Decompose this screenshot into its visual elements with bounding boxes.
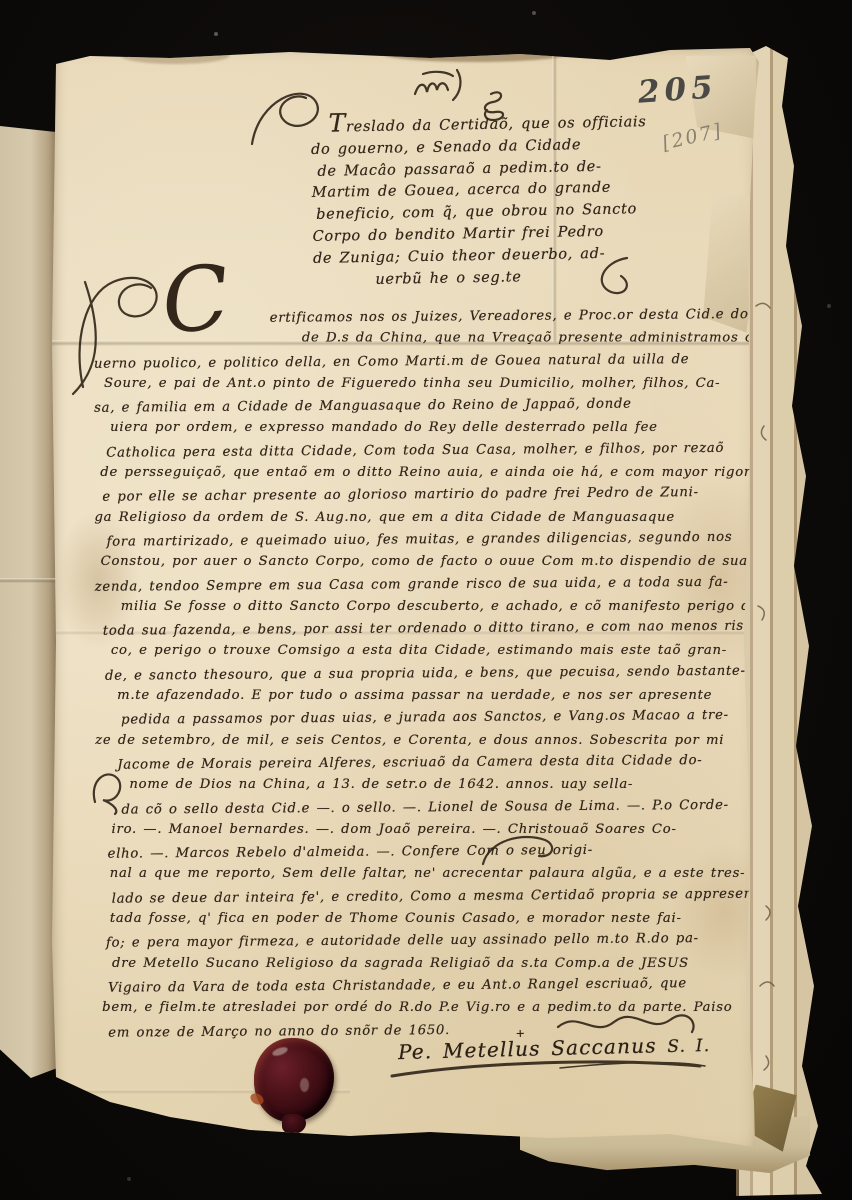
manuscript-line: de D.s da China, que na Vreaçaõ presente…	[302, 328, 795, 350]
flourish-tilde	[423, 70, 460, 100]
header-line: uerbũ he o seg.te	[375, 265, 649, 292]
signature-underline	[392, 1062, 700, 1076]
manuscript-line: da cõ o sello desta Cid.e —. o sello. —.…	[121, 794, 796, 822]
photo-backdrop: 205 [207] Treslado da Certidaõ, que os o…	[0, 0, 852, 1200]
manuscript-line: dre Metello Sucano Religioso da sagrada …	[112, 953, 797, 975]
signature-underline-thin	[560, 1062, 705, 1068]
body-text-block: ertificamos nos os Juizes, Vereadores, e…	[94, 305, 798, 1043]
folio-number-pencil: [207]	[660, 119, 724, 154]
left-page-edge	[0, 126, 56, 1078]
manuscript-line: uerno puolico, e politico della, en Como…	[94, 348, 795, 376]
signature-suffix: S. I.	[667, 1036, 710, 1057]
manuscript-line: Jacome de Morais pereira Alferes, escriu…	[117, 749, 796, 777]
seal-highlight	[300, 1078, 309, 1092]
manuscript-line: ertificamos nos os Juizes, Vereadores, e…	[270, 304, 795, 330]
seal-speck	[248, 1091, 265, 1107]
manuscript-line: nome de Dios na China, a 13. de setr.o d…	[129, 774, 796, 796]
manuscript-line: fora martirizado, e queimado uiuo, fes m…	[106, 526, 795, 554]
manuscript-line: de persseguiçaõ, que entaõ em o ditto Re…	[100, 462, 795, 484]
manuscript-line: uiera por ordem, e expresso mandado do R…	[110, 417, 795, 439]
deckle-stain	[120, 46, 230, 64]
manuscript-line: fo; e pera mayor firmeza, e autoridade d…	[106, 928, 797, 956]
manuscript-line: ze de setembro, de mil, e seis Centos, e…	[95, 730, 796, 752]
ink-fragments	[736, 46, 836, 1196]
folio-number-ink: 205	[637, 69, 719, 110]
seal-highlight	[271, 1045, 288, 1057]
right-page-stack	[736, 46, 836, 1196]
manuscript-line: pedida a passamos por duas uias, e jurad…	[121, 705, 796, 733]
signature-cross: +	[515, 1027, 526, 1040]
manuscript-line: bem, e fielm.te atresladei por ordé do R…	[102, 997, 797, 1019]
dust-specks	[0, 0, 2, 2]
deckle-stain	[380, 44, 570, 62]
manuscript-line: co, e perigo o trouxe Comsigo a esta dit…	[111, 640, 796, 662]
seal-drip	[282, 1114, 306, 1134]
manuscript-line: Soure, e pai de Ant.o pinto de Figueredo…	[104, 373, 795, 395]
crease-line	[0, 578, 56, 583]
manuscript-line: iro. —. Manoel bernardes. —. dom Joaõ pe…	[112, 819, 797, 841]
manuscript-line: lado se deue dar inteira fe', e credito,…	[112, 883, 797, 911]
manuscript-line: elho. —. Marcos Rebelo d'almeida. —. Con…	[108, 838, 797, 866]
header-block: Treslado da Certidaõ, que os officiaisdo…	[310, 107, 649, 292]
manuscript-line: zenda, tendoo Sempre em sua Casa com gra…	[95, 571, 796, 599]
manuscript-line: m.te afazendado. E por tudo o assima pas…	[117, 685, 796, 707]
manuscript-line: tada fosse, q' fica en poder de Thome Co…	[110, 908, 797, 930]
manuscript-line: Catholica pera esta ditta Cidade, Com to…	[106, 437, 795, 465]
manuscript-line: e por elle se achar presente ao glorioso…	[102, 482, 795, 510]
manuscript-line: Constou, por auer o Sancto Corpo, como d…	[101, 551, 796, 573]
flourish-paraph-top	[252, 94, 318, 144]
manuscript-line: nal a que me reporto, Sem delle faltar, …	[110, 863, 797, 885]
manuscript-line: milia Se fosse o ditto Sancto Corpo desc…	[121, 596, 796, 618]
manuscript-line: de, e sancto thesouro, que a sua propria…	[105, 660, 796, 688]
wax-seal	[254, 1038, 334, 1122]
header-line: Treslado da Certidaõ, que os officiais	[328, 107, 646, 139]
manuscript-line: Vigairo da Vara de toda esta Christandad…	[108, 972, 797, 1000]
flourish-m	[415, 83, 448, 94]
manuscript-page: 205 [207] Treslado da Certidaõ, que os o…	[50, 42, 765, 1167]
flourish-monogram-tail	[73, 282, 96, 394]
manuscript-line: ga Religioso da ordem de S. Aug.no, que …	[94, 507, 795, 529]
